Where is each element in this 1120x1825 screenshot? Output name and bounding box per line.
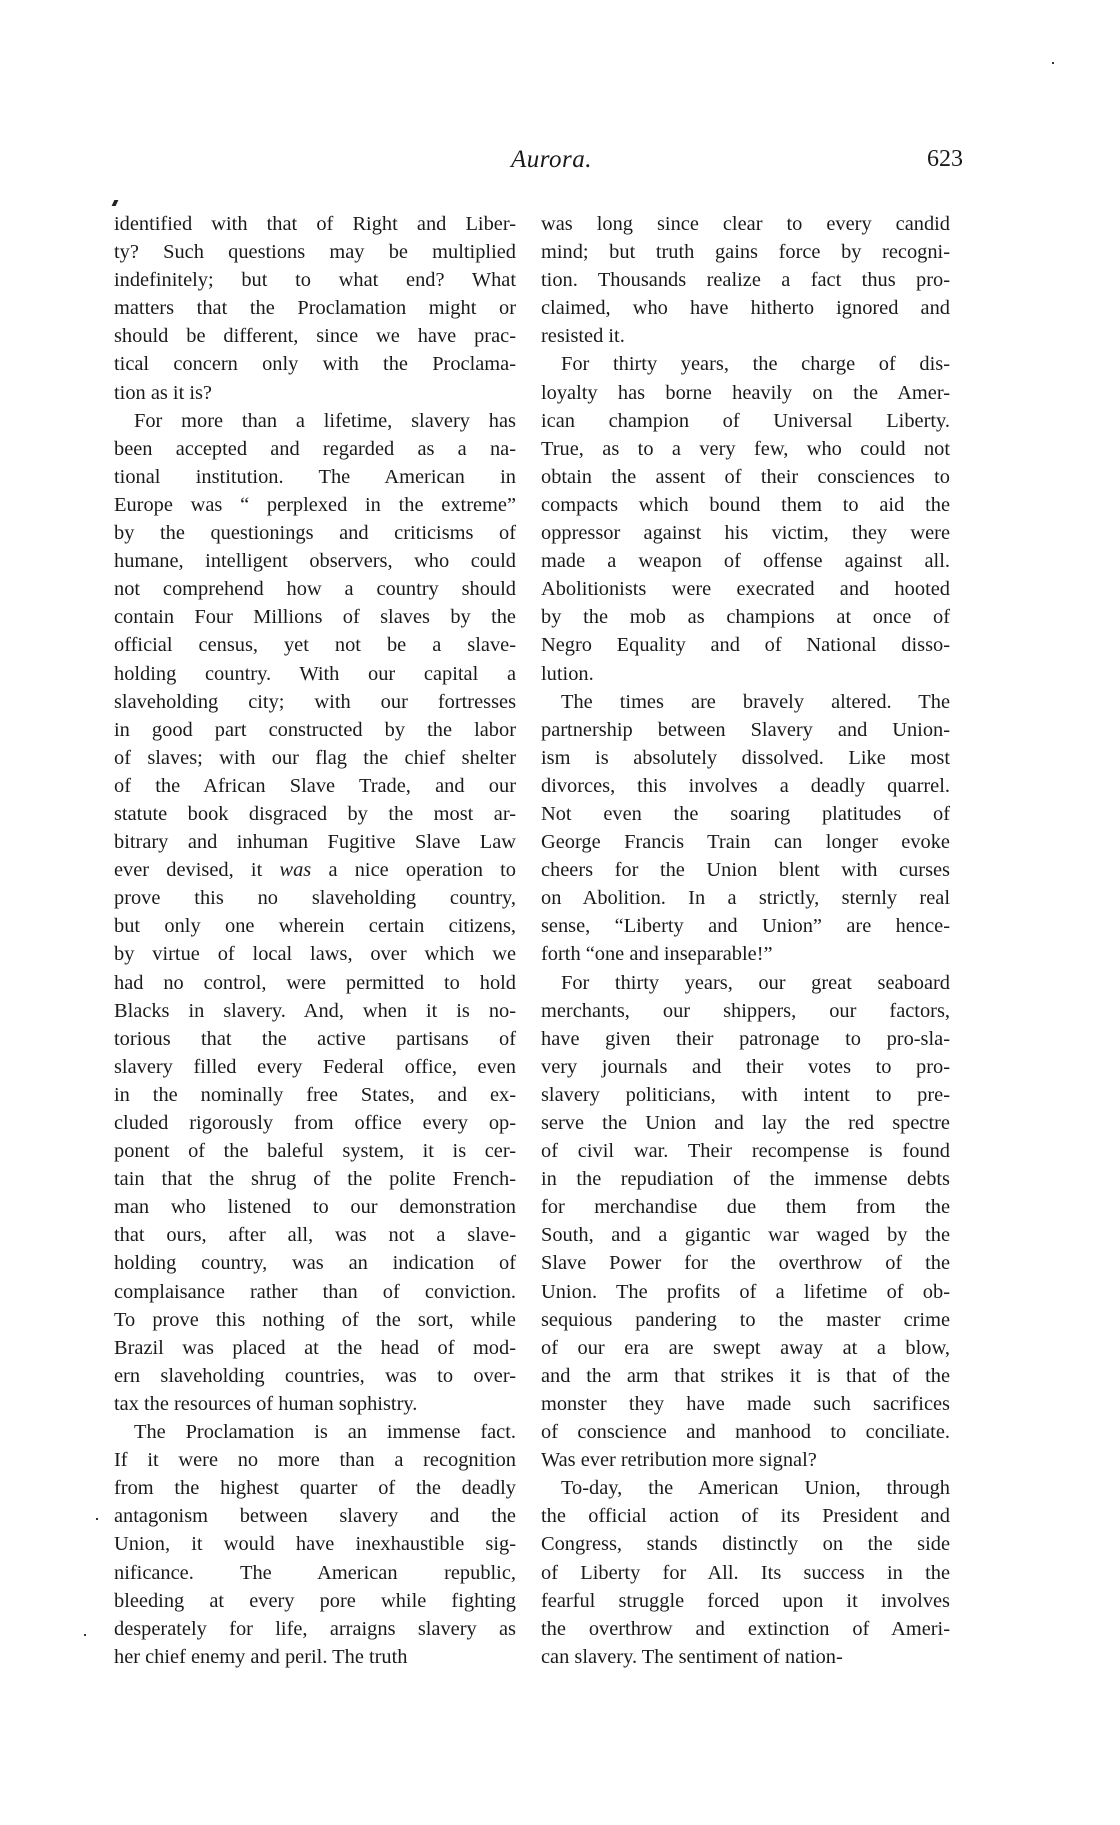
stray-speck — [96, 1518, 98, 1520]
book-page: Aurora. 623 identified with that of Righ… — [0, 0, 1120, 1825]
text-line: holding country. With our capital a — [114, 660, 516, 688]
text-line: To prove this nothing of the sort, while — [114, 1306, 516, 1334]
text-line: Slave Power for the overthrow of the — [541, 1249, 950, 1277]
paragraph: The Proclamation is an immense fact.If i… — [114, 1418, 516, 1671]
text-line: lution. — [541, 660, 950, 688]
text-line: official census, yet not be a slave- — [114, 631, 516, 659]
text-line: complaisance rather than of conviction. — [114, 1278, 516, 1306]
text-line: mind; but truth gains force by recogni- — [541, 238, 950, 266]
text-line: cheers for the Union blent with curses — [541, 856, 950, 884]
text-line: For thirty years, our great seaboard — [541, 969, 950, 997]
text-line: The times are bravely altered. The — [541, 688, 950, 716]
text-line: of the African Slave Trade, and our — [114, 772, 516, 800]
text-line: partnership between Slavery and Union- — [541, 716, 950, 744]
stray-mark — [112, 200, 119, 206]
text-line: oppressor against his victim, they were — [541, 519, 950, 547]
text-line: ever devised, it was a nice operation to — [114, 856, 516, 884]
text-line: by virtue of local laws, over which we — [114, 940, 516, 968]
text-line: George Francis Train can longer evoke — [541, 828, 950, 856]
text-line: sequious pandering to the master crime — [541, 1306, 950, 1334]
text-line: divorces, this involves a deadly quarrel… — [541, 772, 950, 800]
text-line: Union. The profits of a lifetime of ob- — [541, 1278, 950, 1306]
text-line: Congress, stands distinctly on the side — [541, 1530, 950, 1558]
text-line: of our era are swept away at a blow, — [541, 1334, 950, 1362]
text-line: for merchandise due them from the — [541, 1193, 950, 1221]
text-line: forth “one and inseparable!” — [541, 940, 950, 968]
text-line: very journals and their votes to pro- — [541, 1053, 950, 1081]
text-line: from the highest quarter of the deadly — [114, 1474, 516, 1502]
text-line: made a weapon of offense against all. — [541, 547, 950, 575]
text-line: merchants, our shippers, our factors, — [541, 997, 950, 1025]
text-line: the official action of its President and — [541, 1502, 950, 1530]
text-line: bleeding at every pore while fighting — [114, 1587, 516, 1615]
text-line: Union, it would have inexhaustible sig- — [114, 1530, 516, 1558]
text-line: If it were no more than a recognition — [114, 1446, 516, 1474]
stray-speck — [84, 1634, 86, 1636]
text-line: humane, intelligent observers, who could — [114, 547, 516, 575]
text-line: and the arm that strikes it is that of t… — [541, 1362, 950, 1390]
text-line: loyalty has borne heavily on the Amer- — [541, 379, 950, 407]
text-line: contain Four Millions of slaves by the — [114, 603, 516, 631]
text-line: compacts which bound them to aid the — [541, 491, 950, 519]
text-line: slaveholding city; with our fortresses — [114, 688, 516, 716]
text-line: To-day, the American Union, through — [541, 1474, 950, 1502]
text-line: holding country, was an indication of — [114, 1249, 516, 1277]
text-line: ican champion of Universal Liberty. — [541, 407, 950, 435]
text-line: For more than a lifetime, slavery has — [114, 407, 516, 435]
paragraph: identified with that of Right and Liber-… — [114, 210, 516, 407]
page-number: 623 — [927, 146, 963, 173]
text-line: tional institution. The American in — [114, 463, 516, 491]
paragraph: To-day, the American Union, throughthe o… — [541, 1474, 950, 1671]
text-line: ern slaveholding countries, was to over- — [114, 1362, 516, 1390]
text-line: matters that the Proclamation might or — [114, 294, 516, 322]
text-line: statute book disgraced by the most ar- — [114, 800, 516, 828]
text-line: Not even the soaring platitudes of — [541, 800, 950, 828]
text-line: can slavery. The sentiment of nation- — [541, 1643, 950, 1671]
text-line: of slaves; with our flag the chief shelt… — [114, 744, 516, 772]
text-line: obtain the assent of their consciences t… — [541, 463, 950, 491]
emphasized-word: was — [279, 859, 311, 881]
text-line: tax the resources of human sophistry. — [114, 1390, 516, 1418]
paragraph: For more than a lifetime, slavery hasbee… — [114, 407, 516, 1418]
text-line: The Proclamation is an immense fact. — [114, 1418, 516, 1446]
text-line: was long since clear to every candid — [541, 210, 950, 238]
text-line: slavery filled every Federal office, eve… — [114, 1053, 516, 1081]
text-line: prove this no slaveholding country, — [114, 884, 516, 912]
text-line: of Liberty for All. Its success in the — [541, 1559, 950, 1587]
text-line: True, as to a very few, who could not — [541, 435, 950, 463]
text-line: Abolitionists were execrated and hooted — [541, 575, 950, 603]
text-line: had no control, were permitted to hold — [114, 969, 516, 997]
text-line: resisted it. — [541, 322, 950, 350]
text-line: Europe was “ perplexed in the extreme” — [114, 491, 516, 519]
text-column-left: identified with that of Right and Liber-… — [114, 210, 516, 1671]
text-line: tion. Thousands realize a fact thus pro- — [541, 266, 950, 294]
text-line: have given their patronage to pro-sla- — [541, 1025, 950, 1053]
text-line: monster they have made such sacrifices — [541, 1390, 950, 1418]
text-line: her chief enemy and peril. The truth — [114, 1643, 516, 1671]
text-line: in the repudiation of the immense debts — [541, 1165, 950, 1193]
paragraph: For thirty years, our great seaboardmerc… — [541, 969, 950, 1475]
text-line: For thirty years, the charge of dis- — [541, 350, 950, 378]
paragraph: The times are bravely altered. Thepartne… — [541, 688, 950, 969]
text-line: sense, “Liberty and Union” are hence- — [541, 912, 950, 940]
text-line: South, and a gigantic war waged by the — [541, 1221, 950, 1249]
text-line: desperately for life, arraigns slavery a… — [114, 1615, 516, 1643]
text-line: on Abolition. In a strictly, sternly rea… — [541, 884, 950, 912]
paragraph: For thirty years, the charge of dis-loya… — [541, 350, 950, 687]
text-line: fearful struggle forced upon it involves — [541, 1587, 950, 1615]
text-line: tion as it is? — [114, 379, 516, 407]
text-line: that ours, after all, was not a slave- — [114, 1221, 516, 1249]
text-line: cluded rigorously from office every op- — [114, 1109, 516, 1137]
text-line: tical concern only with the Proclama- — [114, 350, 516, 378]
text-line: serve the Union and lay the red spectre — [541, 1109, 950, 1137]
text-line: the overthrow and extinction of Ameri- — [541, 1615, 950, 1643]
text-line: ism is absolutely dissolved. Like most — [541, 744, 950, 772]
text-column-right: was long since clear to every candidmind… — [541, 210, 950, 1671]
text-line: Blacks in slavery. And, when it is no- — [114, 997, 516, 1025]
text-line: tain that the shrug of the polite French… — [114, 1165, 516, 1193]
text-line: man who listened to our demonstration — [114, 1193, 516, 1221]
text-line: ty? Such questions may be multiplied — [114, 238, 516, 266]
text-line: of civil war. Their recompense is found — [541, 1137, 950, 1165]
paragraph: was long since clear to every candidmind… — [541, 210, 950, 350]
text-line: nificance. The American republic, — [114, 1559, 516, 1587]
text-line: antagonism between slavery and the — [114, 1502, 516, 1530]
text-line: by the questionings and criticisms of — [114, 519, 516, 547]
text-line: claimed, who have hitherto ignored and — [541, 294, 950, 322]
text-line: slavery politicians, with intent to pre- — [541, 1081, 950, 1109]
text-line: torious that the active partisans of — [114, 1025, 516, 1053]
text-line: by the mob as champions at once of — [541, 603, 950, 631]
text-line: been accepted and regarded as a na- — [114, 435, 516, 463]
running-title: Aurora. — [114, 146, 963, 174]
text-line: Was ever retribution more signal? — [541, 1446, 950, 1474]
text-line: but only one wherein certain citizens, — [114, 912, 516, 940]
text-line: should be different, since we have prac- — [114, 322, 516, 350]
text-line: in good part constructed by the labor — [114, 716, 516, 744]
text-line: bitrary and inhuman Fugitive Slave Law — [114, 828, 516, 856]
text-line: identified with that of Right and Liber- — [114, 210, 516, 238]
text-line: ponent of the baleful system, it is cer- — [114, 1137, 516, 1165]
running-head: Aurora. 623 — [114, 146, 963, 178]
text-line: Brazil was placed at the head of mod- — [114, 1334, 516, 1362]
text-line: indefinitely; but to what end? What — [114, 266, 516, 294]
text-line: Negro Equality and of National disso- — [541, 631, 950, 659]
text-line: of conscience and manhood to conciliate. — [541, 1418, 950, 1446]
text-line: in the nominally free States, and ex- — [114, 1081, 516, 1109]
stray-speck — [1052, 62, 1054, 64]
text-line: not comprehend how a country should — [114, 575, 516, 603]
